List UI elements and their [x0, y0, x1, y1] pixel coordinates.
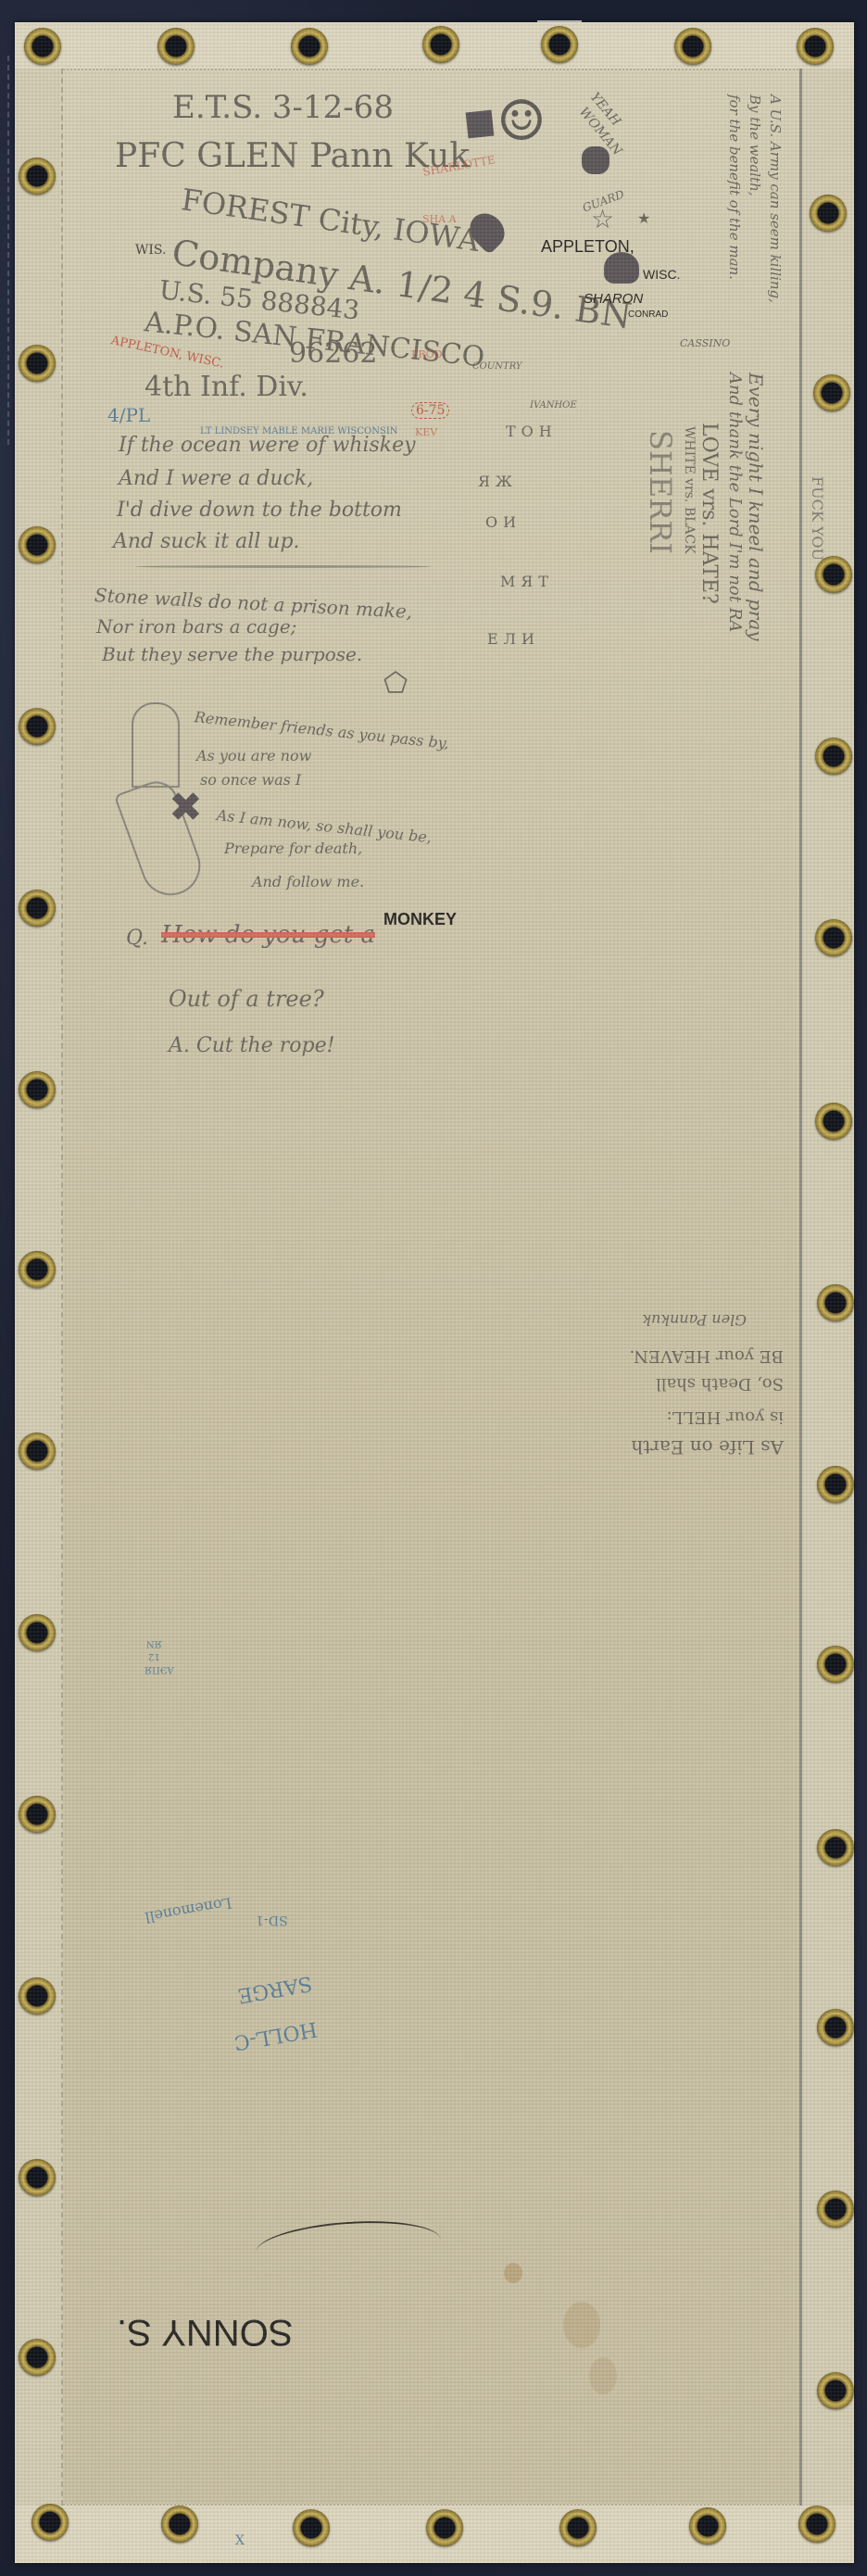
- upside-down-poem: As Life on Earth is your HELL: So, Death…: [469, 1273, 784, 1458]
- blue-upside-text: Lonemonell: [144, 1894, 233, 1926]
- division: 4th Inf. Div.: [144, 371, 308, 403]
- grommet-icon: [817, 2191, 854, 2228]
- grommet-icon: [817, 1646, 854, 1683]
- grommet-icon: [293, 2509, 330, 2546]
- small-name: PROD: [411, 348, 443, 360]
- white-black-text: WHITE vrs. BLACK: [682, 426, 697, 554]
- blue-tiny-text: 12: [148, 1651, 160, 1661]
- vertical-poem-line: for the benefit of the man.: [726, 95, 743, 280]
- cipher-line: МЯТ: [500, 573, 554, 590]
- night-poem-line: Every night I kneel and pray: [745, 373, 767, 641]
- soldier-name: PFC GLEN Pann Kuk: [115, 137, 470, 175]
- grommet-icon: [817, 1284, 854, 1321]
- grommet-icon: [815, 919, 852, 956]
- grommet-icon: [19, 1071, 56, 1108]
- grommet-icon: [815, 738, 852, 775]
- upside-poem-line: BE your HEAVEN.: [630, 1346, 784, 1366]
- signature-flourish: [254, 2216, 442, 2277]
- bottom-x-mark: X: [235, 2533, 245, 2548]
- grommet-icon: [813, 374, 850, 411]
- grommet-icon: [797, 28, 834, 65]
- cipher-line: ТОН: [506, 423, 558, 440]
- grommet-icon: [161, 2506, 198, 2543]
- sarge-text: SARGE: [235, 1971, 313, 2007]
- cross-icon: ✖: [169, 784, 203, 831]
- riddle-answer-2: A. Cut the rope!: [169, 1034, 334, 1057]
- grommet-icon: [24, 28, 61, 65]
- grommet-icon: [19, 708, 56, 745]
- vertical-poem-line: A U.S. Army can seem killing,: [767, 95, 784, 303]
- grave-poem-line: so once was I: [200, 771, 301, 789]
- grommet-icon: [674, 28, 711, 65]
- vertical-big-name: SHERRI: [643, 430, 678, 554]
- grommet-icon: [19, 1251, 56, 1288]
- small-name: CASSINO: [680, 337, 730, 349]
- grommet-icon: [157, 28, 195, 65]
- stain: [563, 2302, 600, 2348]
- grommet-icon: [541, 26, 578, 63]
- grommet-icon: [19, 158, 56, 195]
- grommet-icon: [798, 2506, 836, 2543]
- riddle-question-struck: How do you get a: [161, 921, 375, 949]
- blue-upside-text: SD-1: [256, 1913, 288, 1927]
- grommet-icon: [19, 890, 56, 927]
- whiskey-poem-line: If the ocean were of whiskey: [119, 434, 416, 457]
- whiskey-poem-line: And suck it all up.: [113, 530, 300, 553]
- upside-poem-line: So, Death shall: [656, 1374, 784, 1394]
- ets-date: E.T.S. 3-12-68: [172, 89, 394, 126]
- heart-shape: [604, 252, 639, 284]
- grommet-icon: [817, 1466, 854, 1503]
- diamond-shape: [466, 110, 495, 139]
- wisc-text: WISC.: [643, 267, 680, 282]
- small-name: IVANHOE: [530, 400, 577, 410]
- grommet-icon: [815, 1103, 852, 1140]
- signature: SONNY S.: [117, 2311, 293, 2353]
- sharon-text: SHARON: [584, 291, 643, 307]
- small-name: KEV: [415, 426, 437, 438]
- cipher-line: ЕЛИ: [487, 630, 540, 648]
- cipher-line: ЯЖ: [478, 473, 518, 490]
- red-circled-text: 6-75: [411, 402, 449, 419]
- stain: [589, 2357, 617, 2394]
- grommet-icon: [810, 195, 847, 232]
- upside-poem-line: As Life on Earth: [631, 1436, 784, 1458]
- cipher-line: ОИ: [485, 513, 521, 531]
- small-name: COUNTRY: [472, 361, 522, 372]
- club-shape: [582, 146, 609, 174]
- blue-tiny-text: AЭПЯ: [144, 1664, 174, 1674]
- small-name: SHA A: [422, 213, 457, 225]
- blue-tiny-text: ЯN: [146, 1638, 162, 1648]
- grommet-icon: [31, 2504, 69, 2541]
- appleton-text: APPLETON,: [541, 237, 635, 257]
- rank-small: 4/PL: [107, 404, 150, 426]
- grommet-icon: [19, 345, 56, 382]
- grommet-icon: [19, 1614, 56, 1651]
- riddle-prefix: Q.: [126, 927, 148, 950]
- zip-code: 96262: [289, 337, 377, 370]
- grave-poem-line: And follow me.: [252, 873, 364, 890]
- grommet-icon: [817, 2372, 854, 2409]
- tombstone-drawing: [132, 702, 180, 788]
- star-icon: ★: [637, 209, 650, 227]
- stone-poem-line: But they serve the purpose.: [102, 643, 362, 665]
- grave-poem-line: As you are now: [196, 747, 311, 764]
- whiskey-poem-line: And I were a duck,: [119, 467, 313, 490]
- wis-label: WIS.: [135, 243, 166, 258]
- grommet-icon: [817, 2009, 854, 2046]
- grommet-icon: [291, 28, 328, 65]
- grave-poem-line: Prepare for death,: [224, 840, 362, 857]
- pentagon-drawing-icon: ⬠: [383, 667, 408, 700]
- upside-poem-line: is your HELL:: [667, 1408, 784, 1427]
- background-stitch: [7, 56, 9, 445]
- grommet-icon: [815, 556, 852, 593]
- hem-text: FUCK YOU: [809, 476, 826, 561]
- conrad-text: CONRAD: [628, 309, 668, 320]
- face-drawing-icon: ☺: [496, 89, 547, 154]
- grommet-icon: [19, 526, 56, 563]
- grommet-icon: [19, 2339, 56, 2376]
- vertical-poem-line: By the wealth,: [747, 95, 763, 196]
- riddle-answer-1: Out of a tree?: [169, 986, 324, 1012]
- grave-poem-line: Remember friends as you pass by,: [194, 708, 450, 752]
- grommet-icon: [426, 2509, 463, 2546]
- love-hate-text: LOVE vrs. HATE?: [697, 423, 721, 604]
- sarge-text: HOLL-C: [232, 2016, 320, 2053]
- grommet-icon: [19, 2159, 56, 2196]
- grommet-icon: [817, 1829, 854, 1866]
- stain: [504, 2263, 522, 2283]
- grommet-icon: [422, 26, 459, 63]
- grommet-icon: [19, 1977, 56, 2014]
- upside-poem-signature: Glen Pannkuk: [642, 1311, 747, 1329]
- grommet-icon: [19, 1796, 56, 1833]
- night-poem-line: And thank the Lord I'm not RA: [725, 373, 745, 632]
- grommet-icon: [689, 2507, 726, 2544]
- stone-poem-line: Nor iron bars a cage;: [96, 615, 296, 638]
- riddle-monkey: MONKEY: [383, 910, 457, 929]
- wavy-divider: [135, 565, 432, 568]
- grommet-icon: [19, 1433, 56, 1470]
- cot-canvas: E.T.S. 3-12-68 PFC GLEN Pann Kuk FOREST …: [15, 22, 854, 2563]
- whiskey-poem-line: I'd dive down to the bottom: [117, 499, 402, 522]
- grommet-icon: [559, 2509, 597, 2546]
